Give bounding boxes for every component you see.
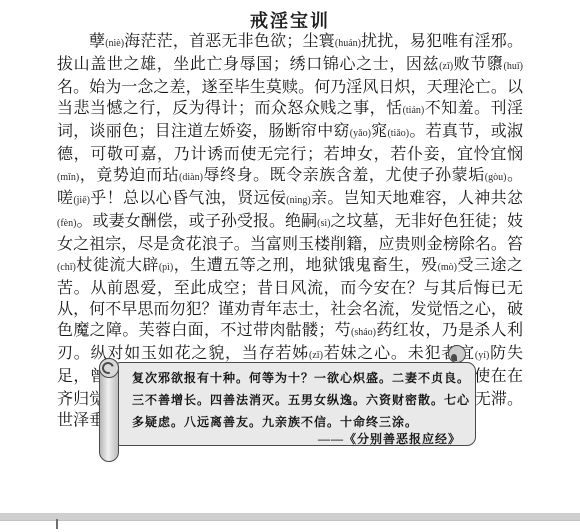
scroll-attribution: ——《分别善恶报应经》 [132, 431, 465, 447]
body-text-run: 败节隳 [453, 56, 503, 73]
body-text-run: 孽 [89, 33, 105, 50]
body-text-run: 。或妻女酬偿，或子孙受报。绝嗣 [76, 213, 317, 230]
pinyin-annotation: (jiē) [73, 195, 90, 206]
body-text-run: 杖徙流大辟 [76, 257, 159, 274]
body-text-run: ，竟势迫而玷 [79, 167, 179, 184]
pinyin-annotation: (huán) [335, 38, 361, 49]
bottom-scrollbar-divider[interactable] [56, 519, 58, 529]
body-text-run: 乎！总以心昏气浊，贤远佞 [90, 190, 286, 207]
scroll-text-line: 多疑虑。八远离善友。九亲族不信。十命终三涂。 [132, 411, 465, 433]
scroll-right-curl-icon [448, 345, 466, 363]
pinyin-annotation: (nìng) [286, 195, 310, 206]
pinyin-annotation: (yǎo) [350, 128, 371, 139]
pinyin-annotation: (niè) [105, 38, 124, 49]
pinyin-annotation: (chī) [57, 262, 76, 273]
pinyin-annotation: (diàn) [179, 172, 203, 183]
pinyin-annotation: (gòu) [485, 172, 507, 183]
pinyin-annotation: (pì) [159, 262, 173, 273]
pinyin-annotation: (sháo) [351, 327, 376, 338]
scroll-banner: 复次邪欲报有十种。何等为十？一欲心炽盛。二妻不贞良。 三不善增长。四善法消灭。五… [99, 344, 481, 474]
pinyin-annotation: (zī) [439, 61, 453, 72]
scroll-panel: 复次邪欲报有十种。何等为十？一欲心炽盛。二妻不贞良。 三不善增长。四善法消灭。五… [112, 362, 476, 446]
body-text-run: 亲。岂知天地难容，人神共忿 [311, 190, 523, 207]
pinyin-annotation: (huī) [504, 61, 523, 72]
body-text-run: ，生遭五等之刑，地狱饿鬼畜生，殁 [173, 257, 437, 274]
pinyin-annotation: (tiǎo) [387, 128, 409, 139]
document-page: 戒淫宝训 孽(niè)海茫茫，首恶无非色欲；尘寰(huán)扰扰，易犯唯有淫邪。… [0, 0, 580, 532]
pinyin-annotation: (tián) [403, 105, 425, 116]
pinyin-annotation: (mǐn) [57, 172, 79, 183]
pinyin-annotation: (fèn) [57, 218, 76, 229]
bottom-scrollbar-track[interactable] [0, 513, 580, 521]
pinyin-annotation: (sì) [317, 218, 330, 229]
body-text-run: 辱终身。既令亲族含羞，尤使子孙蒙垢 [203, 167, 485, 184]
pinyin-annotation: (mò) [438, 262, 457, 273]
scroll-left-curl-icon [99, 358, 119, 378]
scroll-text-line: 三不善增长。四善法消灭。五男女纵逸。六资财密散。七心 [132, 389, 465, 411]
scroll-text-line: 复次邪欲报有十种。何等为十？一欲心炽盛。二妻不贞良。 [132, 367, 465, 389]
body-text-run: 海茫茫，首恶无非色欲；尘寰 [124, 33, 335, 50]
body-text-run: 窕 [371, 123, 388, 140]
page-title: 戒淫宝训 [0, 7, 580, 33]
